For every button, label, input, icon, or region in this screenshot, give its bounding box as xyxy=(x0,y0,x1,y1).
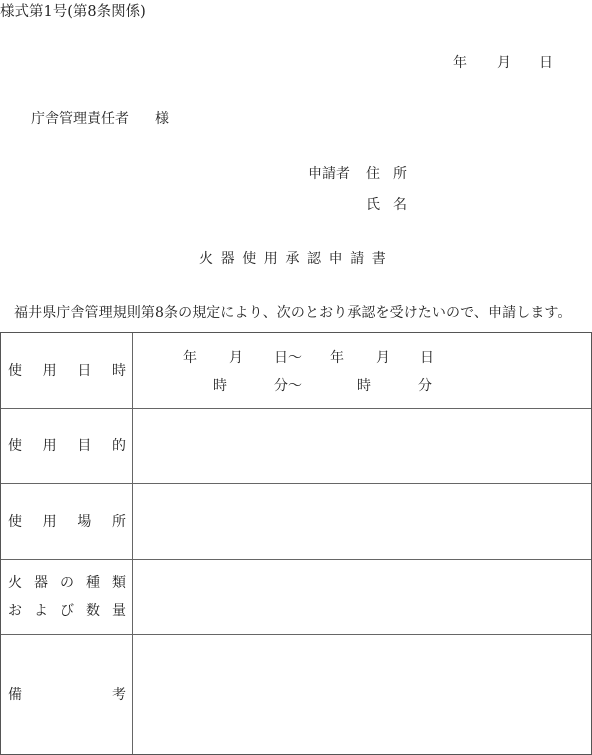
label-line: 使 用 日 時 xyxy=(8,357,126,385)
table-row-usage-purpose: 使 用 目 的 xyxy=(1,409,591,484)
date-year-label: 年 xyxy=(453,52,497,72)
document-title: 火器使用承認申請書 xyxy=(199,248,393,268)
label-cell: 使 用 目 的 xyxy=(1,409,133,483)
application-table: 使 用 日 時 年 月 日〜 年 月 日 時 分〜 時 分 xyxy=(0,332,592,755)
table-row-remarks: 備 考 xyxy=(1,635,591,754)
table-row-firearm-type-quantity: 火 器 の 種 類 お よ び 数 量 xyxy=(1,560,591,635)
date-month-label: 月 xyxy=(497,52,539,72)
usage-purpose-field[interactable] xyxy=(133,409,591,483)
date-field: 年月日 xyxy=(453,52,553,72)
applicant-name-label: 氏名 xyxy=(366,194,420,214)
usage-location-field[interactable] xyxy=(133,484,591,559)
addressee: 庁舎管理責任者様 xyxy=(31,108,169,128)
addressee-honorific: 様 xyxy=(155,111,169,127)
remarks-field[interactable] xyxy=(133,635,591,754)
label-cell: 備 考 xyxy=(1,635,133,754)
usage-datetime-field[interactable]: 年 月 日〜 年 月 日 時 分〜 時 分 xyxy=(133,333,591,408)
body-text: 福井県庁舎管理規則第8条の規定により、次のとおり承認を受けたいので、申請します。 xyxy=(14,302,572,322)
label-cell: 火 器 の 種 類 お よ び 数 量 xyxy=(1,560,133,634)
date-day-label: 日 xyxy=(539,52,553,72)
label-line: 使 用 場 所 xyxy=(8,508,126,536)
label-line: 備 考 xyxy=(8,681,126,709)
firearm-type-quantity-field[interactable] xyxy=(133,560,591,634)
label-line: お よ び 数 量 xyxy=(8,597,126,625)
label-cell: 使 用 場 所 xyxy=(1,484,133,559)
label-cell: 使 用 日 時 xyxy=(1,333,133,408)
label-line: 使 用 目 的 xyxy=(8,432,126,460)
table-row-usage-location: 使 用 場 所 xyxy=(1,484,591,560)
table-row-usage-datetime: 使 用 日 時 年 月 日〜 年 月 日 時 分〜 時 分 xyxy=(1,333,591,409)
applicant-label: 申請者 xyxy=(308,163,350,183)
addressee-name: 庁舎管理責任者 xyxy=(31,111,129,127)
applicant-address-label: 住所 xyxy=(366,163,420,183)
label-line: 火 器 の 種 類 xyxy=(8,569,126,597)
form-number: 様式第1号(第8条関係) xyxy=(0,0,146,21)
